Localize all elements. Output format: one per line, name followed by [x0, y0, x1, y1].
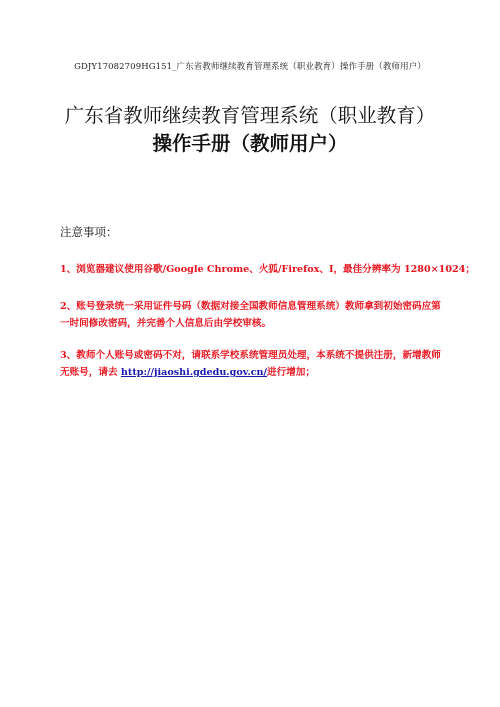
note-3-text-after: 进行增加； — [267, 367, 315, 378]
note-item-3: 3、教师个人账号或密码不对，请联系学校系统管理员处理，本系统不提供注册，新增教师… — [60, 347, 450, 381]
note-item-1: 1、浏览器建议使用谷歌/Google Chrome、火狐/Firefox、I，最… — [60, 261, 450, 278]
registration-link[interactable]: http://jiaoshi.gdedu.gov.cn/ — [121, 367, 267, 378]
note-item-2: 2、账号登录统一采用证件号码（数据对接全国教师信息管理系统）教师拿到初始密码应第… — [60, 298, 450, 332]
document-subtitle: 操作手册（教师用户） — [0, 128, 500, 156]
notes-heading: 注意事项： — [60, 224, 118, 240]
running-header: GDJY17082709HG151_广东省教师继续教育管理系统（职业教育）操作手… — [0, 60, 500, 72]
document-title: 广东省教师继续教育管理系统（职业教育） — [0, 100, 500, 128]
